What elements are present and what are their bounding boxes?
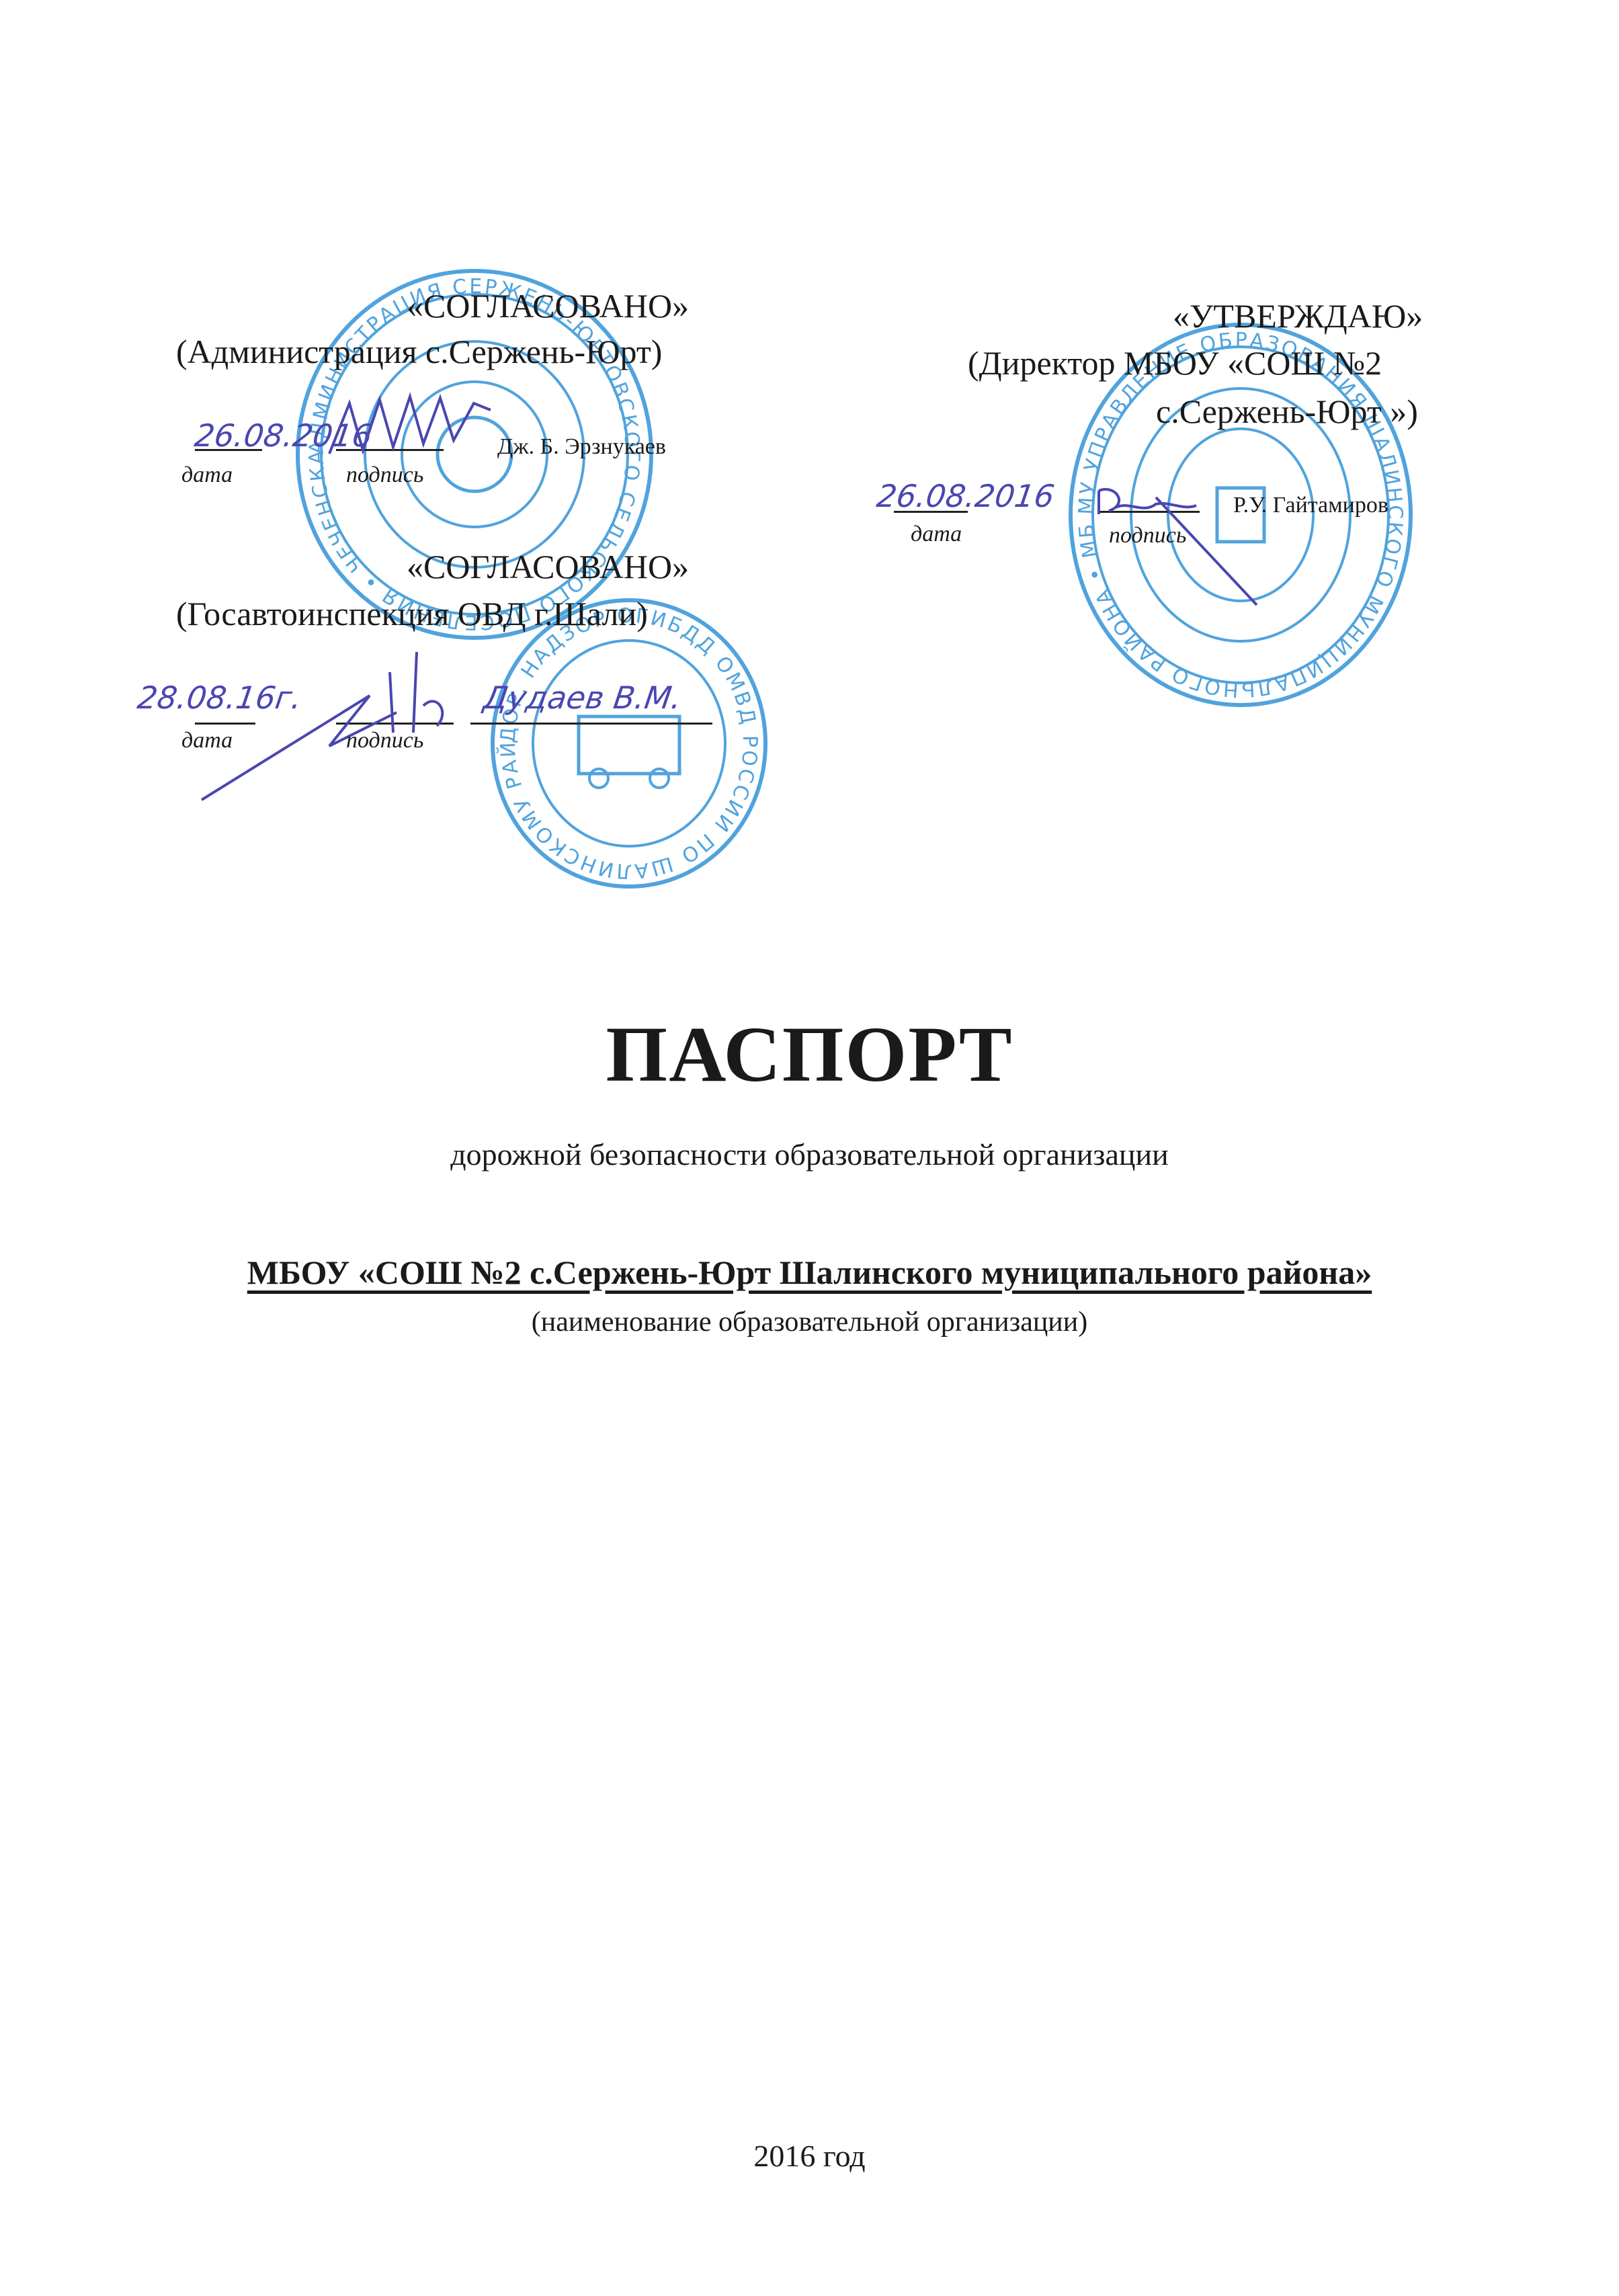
police-date-label: дата bbox=[181, 729, 233, 752]
director-approval-heading: «УТВЕРЖДАЮ» bbox=[1173, 299, 1423, 333]
organization-caption: (наименование образовательной организаци… bbox=[0, 1308, 1619, 1336]
police-signature-label: подпись bbox=[346, 729, 423, 752]
admin-date-label: дата bbox=[181, 464, 233, 487]
police-signatory-handwritten: Дудаев В.М. bbox=[482, 682, 683, 713]
director-signature-label: подпись bbox=[1109, 524, 1186, 547]
director-signatory: Р.У. Гайтамиров bbox=[1233, 494, 1388, 517]
admin-authority: (Администрация с.Сержень-Юрт) bbox=[176, 335, 662, 368]
admin-signature-scribble bbox=[323, 390, 497, 464]
document-year: 2016 год bbox=[0, 2141, 1619, 2172]
admin-signatory: Дж. Б. Эрзнукаев bbox=[497, 436, 666, 458]
director-authority-line2: с.Сержень-Юрт ») bbox=[1156, 395, 1418, 428]
police-authority: (Госавтоинспекция ОВД г.Шали) bbox=[176, 597, 648, 630]
police-name-line bbox=[470, 723, 712, 725]
document-title: ПАСПОРТ bbox=[0, 1015, 1619, 1094]
organization-name: МБОУ «СОШ №2 с.Сержень-Юрт Шалинского му… bbox=[0, 1256, 1619, 1289]
director-date-line bbox=[894, 511, 968, 513]
police-signature-scribble bbox=[195, 632, 504, 807]
svg-text:ДОР. НАДЗОР ОГИБДД ОМВД РОССИИ: ДОР. НАДЗОР ОГИБДД ОМВД РОССИИ ПО ШАЛИНС… bbox=[495, 602, 761, 883]
police-approval-heading: «СОГЛАСОВАНО» bbox=[407, 550, 689, 583]
document-subtitle: дорожной безопасности образовательной ор… bbox=[0, 1139, 1619, 1170]
director-authority-line1: (Директор МБОУ «СОШ №2 bbox=[968, 346, 1382, 380]
admin-approval-heading: «СОГЛАСОВАНО» bbox=[407, 289, 689, 323]
admin-signature-label: подпись bbox=[346, 464, 423, 487]
director-date-label: дата bbox=[911, 523, 962, 546]
police-stamp: ДОР. НАДЗОР ОГИБДД ОМВД РОССИИ ПО ШАЛИНС… bbox=[491, 598, 767, 889]
director-date-handwritten: 26.08.2016 bbox=[875, 481, 1056, 511]
admin-date-line bbox=[195, 449, 262, 451]
police-stamp-emblem: ДОР. НАДЗОР ОГИБДД ОМВД РОССИИ ПО ШАЛИНС… bbox=[495, 602, 763, 885]
